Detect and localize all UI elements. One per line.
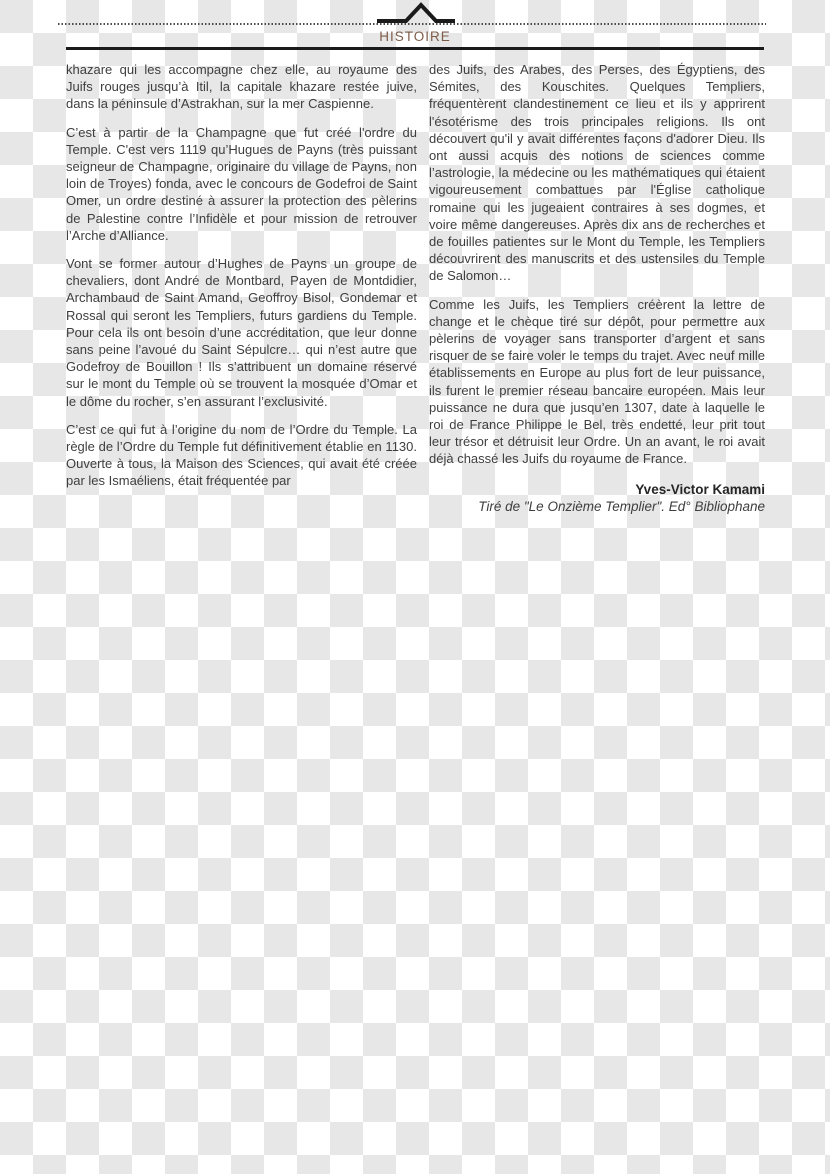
byline: Yves-Victor Kamami Tiré de "Le Onzième T… [429,482,765,514]
magazine-page: HISTOIRE khazare qui les accompagne chez… [0,0,830,1174]
article-column-left: khazare qui les accompagne chez elle, au… [66,61,417,514]
byline-source: Tiré de "Le Onzième Templier". Ed° Bibli… [429,499,765,514]
article-paragraph: des Juifs, des Arabes, des Perses, des É… [429,61,765,285]
article-paragraph: Comme les Juifs, les Templiers créèrent … [429,296,765,468]
header-rule [66,47,764,50]
article-paragraph: khazare qui les accompagne chez elle, au… [66,61,417,113]
article-column-right: des Juifs, des Arabes, des Perses, des É… [429,61,765,514]
article-paragraph: Vont se former autour d’Hughes de Payns … [66,255,417,410]
article-paragraph: C’est à partir de la Champagne que fut c… [66,124,417,244]
mountain-peak-icon [377,1,455,27]
section-title: HISTOIRE [0,29,830,44]
article-paragraph: C’est ce qui fut à l’origine du nom de l… [66,421,417,490]
byline-author: Yves-Victor Kamami [429,482,765,497]
article-body: khazare qui les accompagne chez elle, au… [66,61,765,514]
